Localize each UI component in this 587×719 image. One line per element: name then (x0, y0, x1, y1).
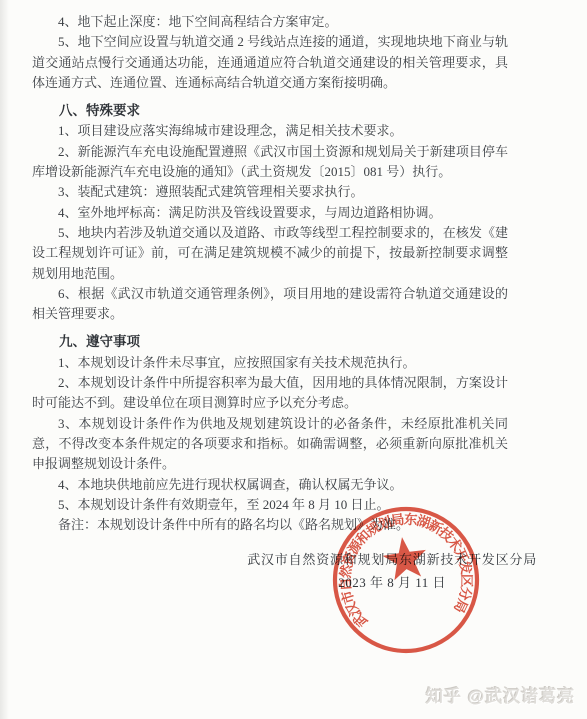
doc-item: 6、根据《武汉市轨道交通管理条例》，项目用地的建设需符合轨道交通建设的相关管理要… (32, 284, 508, 325)
doc-item: 5、本规划设计条件有效期壹年，至 2024 年 8 月 10 日止。 (32, 495, 508, 515)
doc-item: 5、地块内若涉及轨道交通以及道路、市政等线型工程控制要求的，在核发《建设工程规划… (32, 223, 508, 284)
doc-note: 备注：本规划设计条件中所有的路名均以《路名规划》为准。 (32, 515, 508, 535)
doc-item: 2、本规划设计条件中所提容积率为最大值，因用地的具体情况限制，方案设计时可能达不… (32, 373, 508, 414)
doc-item: 3、装配式建筑：遵照装配式建筑管理相关要求执行。 (32, 182, 508, 202)
doc-paragraph: 4、地下起止深度：地下空间高程结合方案审定。 (32, 12, 508, 32)
section-heading-9: 九、遵守事项 (32, 332, 508, 352)
doc-item: 1、项目建设应落实海绵城市建设理念，满足相关技术要求。 (32, 121, 508, 141)
doc-item: 4、本地块供地前应先进行现状权属调查，确认权属无争议。 (32, 475, 508, 495)
watermark-text: 知乎 @武汉诸葛亮 (426, 682, 575, 707)
doc-item: 4、室外地坪标高：满足防洪及管线设置要求，与周边道路相协调。 (32, 203, 508, 223)
signature-block: 武汉市自然资源和规划局东湖新技术开发区分局 2023 年 8 月 11 日 (247, 550, 537, 593)
issuer-name: 武汉市自然资源和规划局东湖新技术开发区分局 (247, 550, 537, 570)
doc-item: 3、本规划设计条件作为供地及规划建筑设计的必备条件，未经原批准机关同意，不得改变… (32, 414, 508, 475)
issue-date: 2023 年 8 月 11 日 (247, 573, 537, 593)
doc-item: 1、本规划设计条件未尽事宜，应按照国家有关技术规范执行。 (32, 353, 508, 373)
doc-paragraph: 5、地下空间应设置与轨道交通 2 号线站点连接的通道，实现地块地下商业与轨道交通… (32, 32, 508, 93)
section-heading-8: 八、特殊要求 (32, 101, 508, 121)
doc-item: 2、新能源汽车充电设施配置遵照《武汉市国土资源和规划局关于新建项目停车库增设新能… (32, 142, 508, 183)
document-page: 4、地下起止深度：地下空间高程结合方案审定。 5、地下空间应设置与轨道交通 2 … (0, 0, 587, 719)
document-body: 4、地下起止深度：地下空间高程结合方案审定。 5、地下空间应设置与轨道交通 2 … (32, 12, 508, 535)
